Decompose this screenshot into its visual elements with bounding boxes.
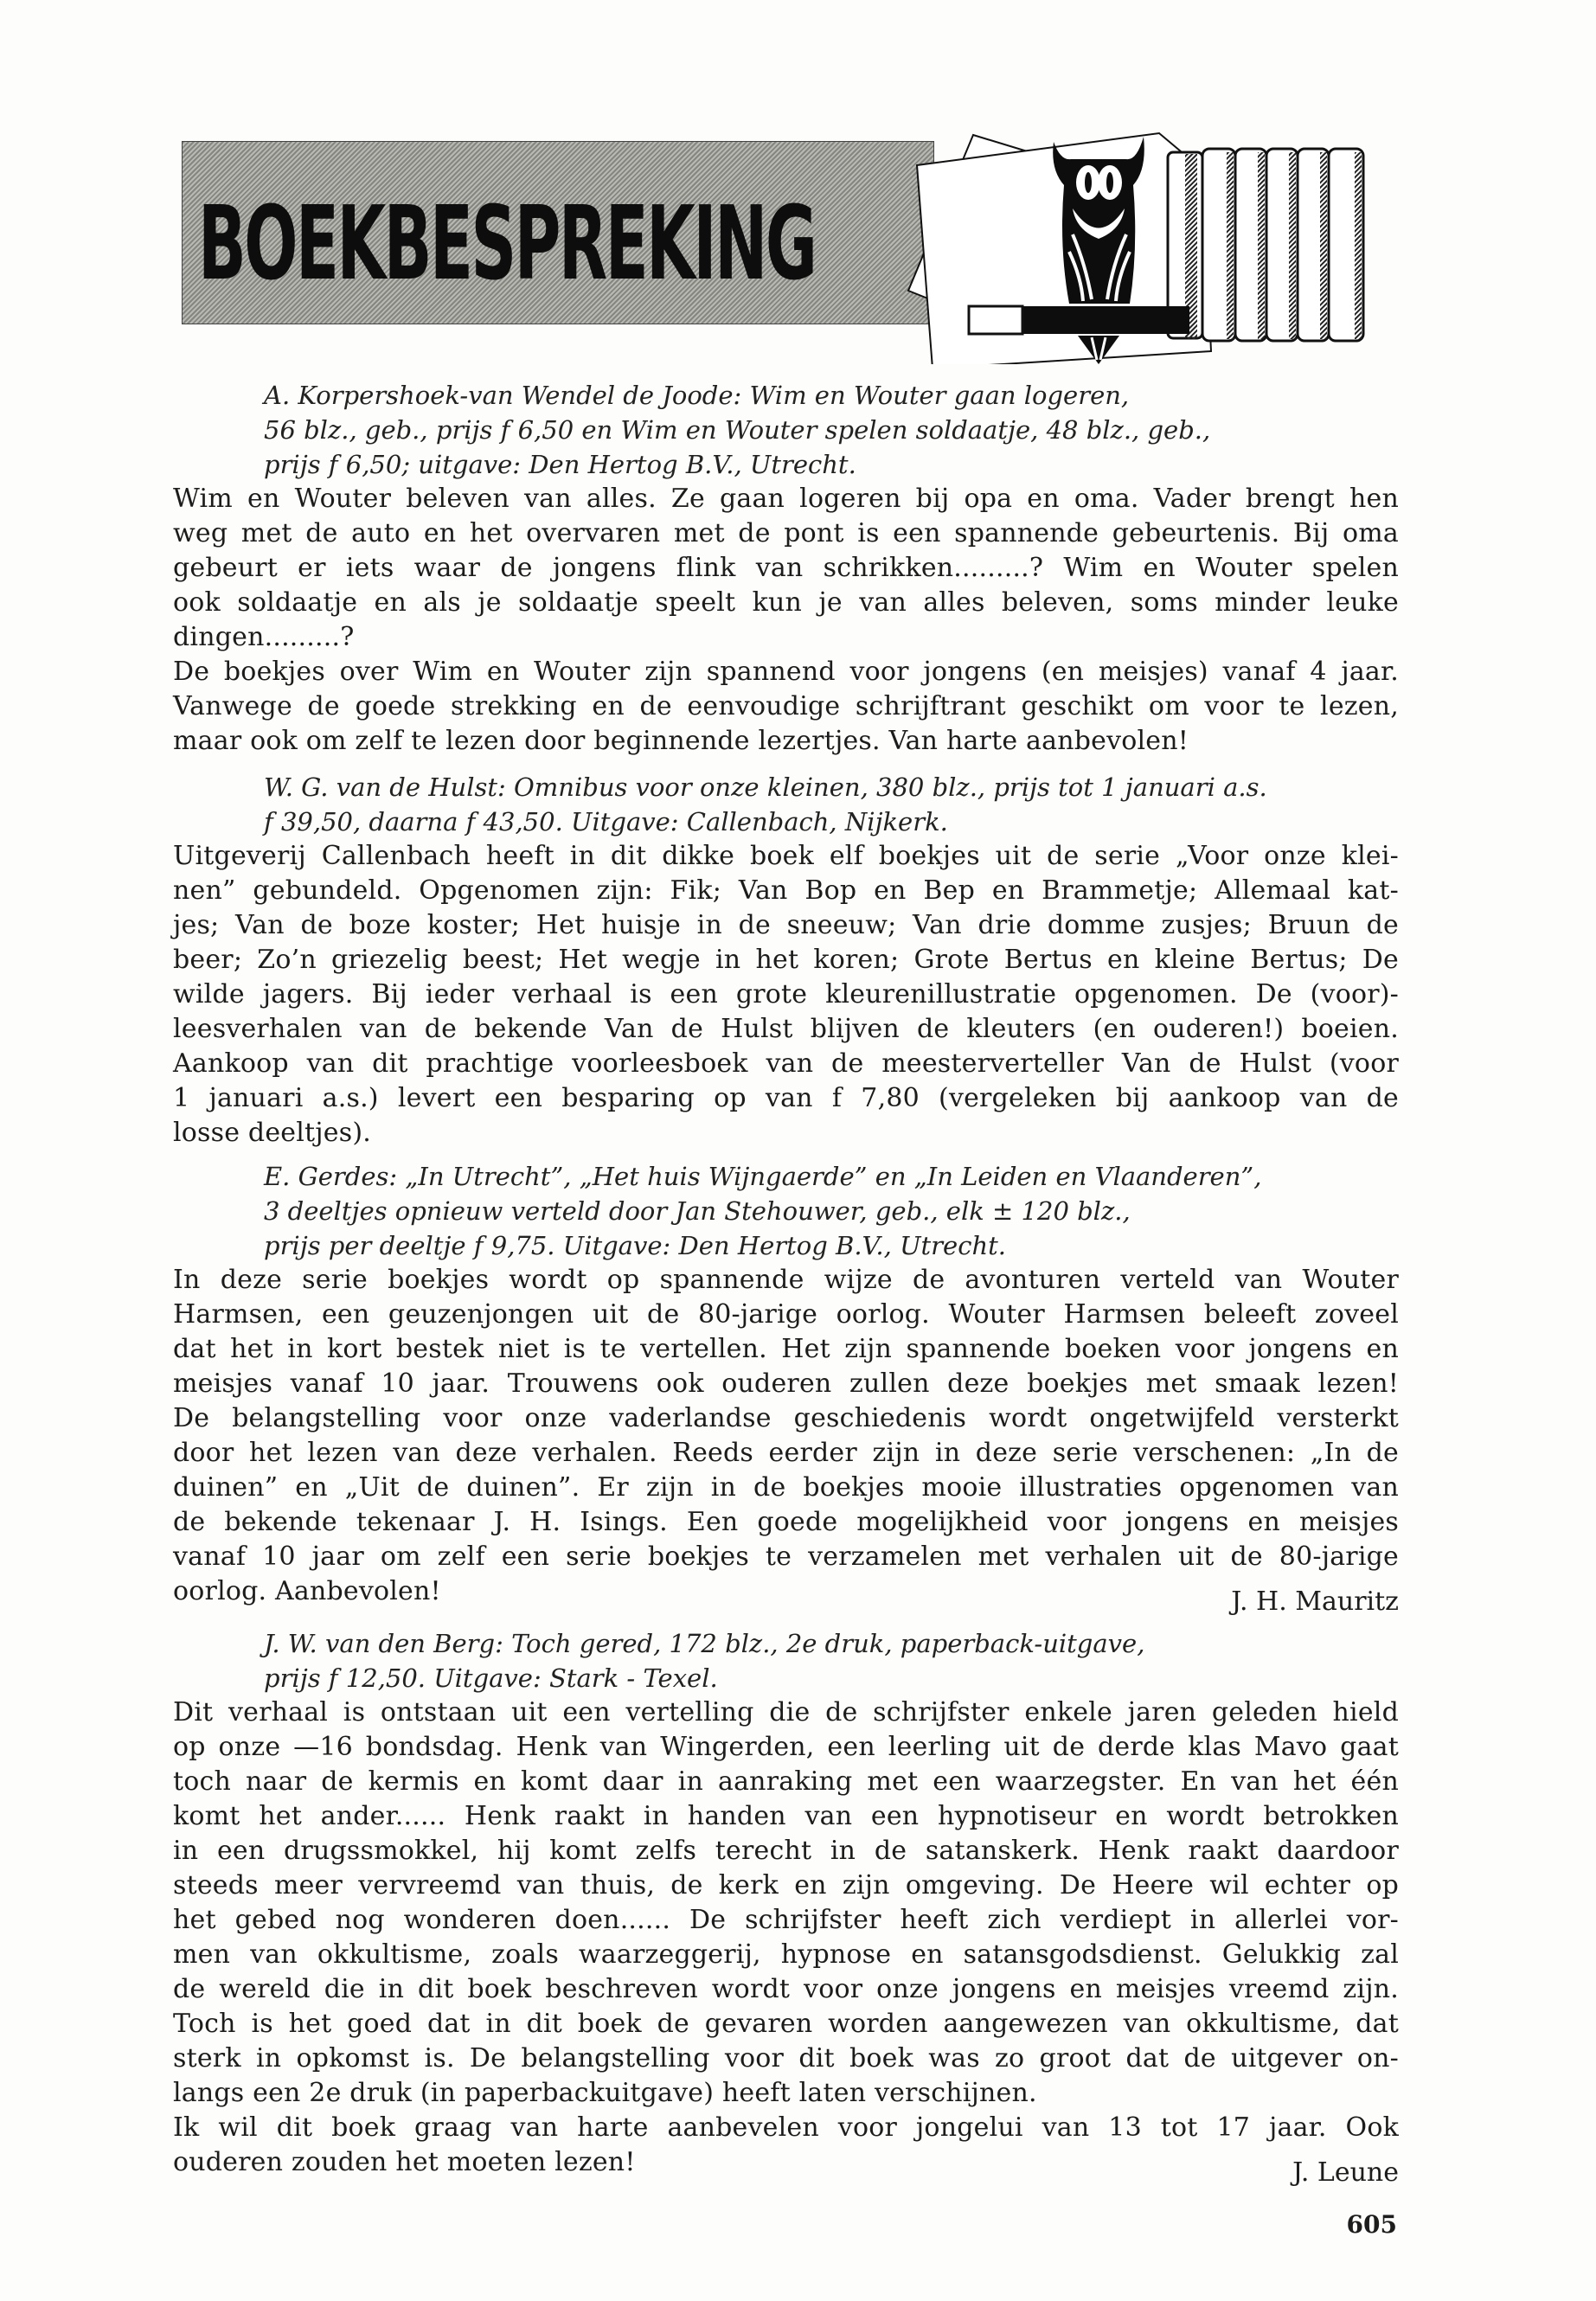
body-line: jes; Van de boze koster; Het huisje in d…: [173, 908, 1399, 943]
body-line: de wereld die in dit boek beschreven wor…: [173, 1972, 1399, 2007]
review-bibliographic-header: E. Gerdes: „In Utrecht”, „Het huis Wijng…: [264, 1159, 1399, 1194]
body-line: men van okkultisme, zoals waarzeggerij, …: [173, 1938, 1399, 1972]
body-line: Aankoop van dit prachtige voorleesboek v…: [173, 1047, 1399, 1081]
review-bibliographic-header: 56 blz., geb., prijs f 6,50 en Wim en Wo…: [264, 413, 1399, 447]
body-line: meisjes vanaf 10 jaar. Trouwens ook oude…: [173, 1367, 1399, 1401]
body-line: dingen.........?: [173, 620, 1399, 655]
body-line: wilde jagers. Bij ieder verhaal is een g…: [173, 977, 1399, 1012]
body-line: Toch is het goed dat in dit boek de geva…: [173, 2007, 1399, 2041]
review-bibliographic-header: f 39,50, daarna f 43,50. Uitgave: Callen…: [264, 804, 1399, 839]
body-line: toch naar de kermis en komt daar in aanr…: [173, 1765, 1399, 1799]
body-line: leesverhalen van de bekende Van de Hulst…: [173, 1012, 1399, 1047]
body-line: duinen” en „Uit de duinen”. Er zijn in d…: [173, 1471, 1399, 1505]
body-line: door het lezen van deze verhalen. Reeds …: [173, 1436, 1399, 1471]
review-bibliographic-header: A. Korpershoek-van Wendel de Joode: Wim …: [264, 378, 1399, 413]
banner-title: BOEKBESPREKING: [198, 192, 815, 294]
reviewer-signature: J. Leune: [1292, 2156, 1399, 2190]
body-line: 1 januari a.s.) levert een besparing op …: [173, 1081, 1399, 1116]
body-line: Uitgeverij Callenbach heeft in dit dikke…: [173, 839, 1399, 874]
body-line: Wim en Wouter beleven van alles. Ze gaan…: [173, 482, 1399, 516]
body-line: In deze serie boekjes wordt op spannende…: [173, 1263, 1399, 1298]
reviewer-signature: J. H. Mauritz: [1231, 1585, 1399, 1619]
body-line: komt het ander...... Henk raakt in hande…: [173, 1799, 1399, 1834]
body-line: sterk in opkomst is. De belangstelling v…: [173, 2041, 1399, 2076]
body-line: gebeurt er iets waar de jongens flink va…: [173, 551, 1399, 586]
body-line: beer; Zo’n griezelig beest; Het wegje in…: [173, 943, 1399, 977]
body-line: nen” gebundeld. Opgenomen zijn: Fik; Van…: [173, 874, 1399, 908]
body-line: De boekjes over Wim en Wouter zijn spann…: [173, 655, 1399, 689]
body-line: losse deeltjes).: [173, 1116, 1399, 1150]
owl-on-books-icon: [900, 118, 1401, 364]
body-line: Ik wil dit boek graag van harte aanbevel…: [173, 2111, 1399, 2145]
body-line: langs een 2e druk (in paperbackuitgave) …: [173, 2076, 1399, 2111]
body-line: in een drugssmokkel, hij komt zelfs tere…: [173, 1834, 1399, 1868]
body-line: Harmsen, een geuzenjongen uit de 80-jari…: [173, 1298, 1399, 1332]
body-line: ouderen zouden het moeten lezen!: [173, 2145, 1399, 2180]
body-line: oorlog. Aanbevolen!: [173, 1574, 1399, 1609]
body-line: Vanwege de goede strekking en de eenvoud…: [173, 689, 1399, 724]
body-line: ook soldaatje en als je soldaatje speelt…: [173, 586, 1399, 620]
body-line: maar ook om zelf te lezen door beginnend…: [173, 724, 1399, 759]
body-line: het gebed nog wonderen doen...... De sch…: [173, 1903, 1399, 1938]
page-number: 605: [1347, 2210, 1397, 2239]
body-line: vanaf 10 jaar om zelf een serie boekjes …: [173, 1540, 1399, 1574]
review-bibliographic-header: J. W. van den Berg: Toch gered, 172 blz.…: [264, 1626, 1399, 1661]
body-line: dat het in kort bestek niet is te vertel…: [173, 1332, 1399, 1367]
body-line: steeds meer vervreemd van thuis, de kerk…: [173, 1868, 1399, 1903]
review-bibliographic-header: prijs per deeltje f 9,75. Uitgave: Den H…: [264, 1228, 1399, 1263]
body-line: op onze —16 bondsdag. Henk van Wingerden…: [173, 1730, 1399, 1765]
review-bibliographic-header: W. G. van de Hulst: Omnibus voor onze kl…: [264, 770, 1399, 804]
review-bibliographic-header: prijs f 12,50. Uitgave: Stark - Texel.: [264, 1661, 1399, 1695]
body-line: Dit verhaal is ontstaan uit een vertelli…: [173, 1695, 1399, 1730]
body-line: De belangstelling voor onze vaderlandse …: [173, 1401, 1399, 1436]
review-bibliographic-header: 3 deeltjes opnieuw verteld door Jan Steh…: [264, 1194, 1399, 1228]
review-bibliographic-header: prijs f 6,50; uitgave: Den Hertog B.V., …: [264, 447, 1399, 482]
header-banner: BOEKBESPREKING: [182, 141, 934, 324]
body-line: de bekende tekenaar J. H. Isings. Een go…: [173, 1505, 1399, 1540]
body-line: weg met de auto en het overvaren met de …: [173, 516, 1399, 551]
